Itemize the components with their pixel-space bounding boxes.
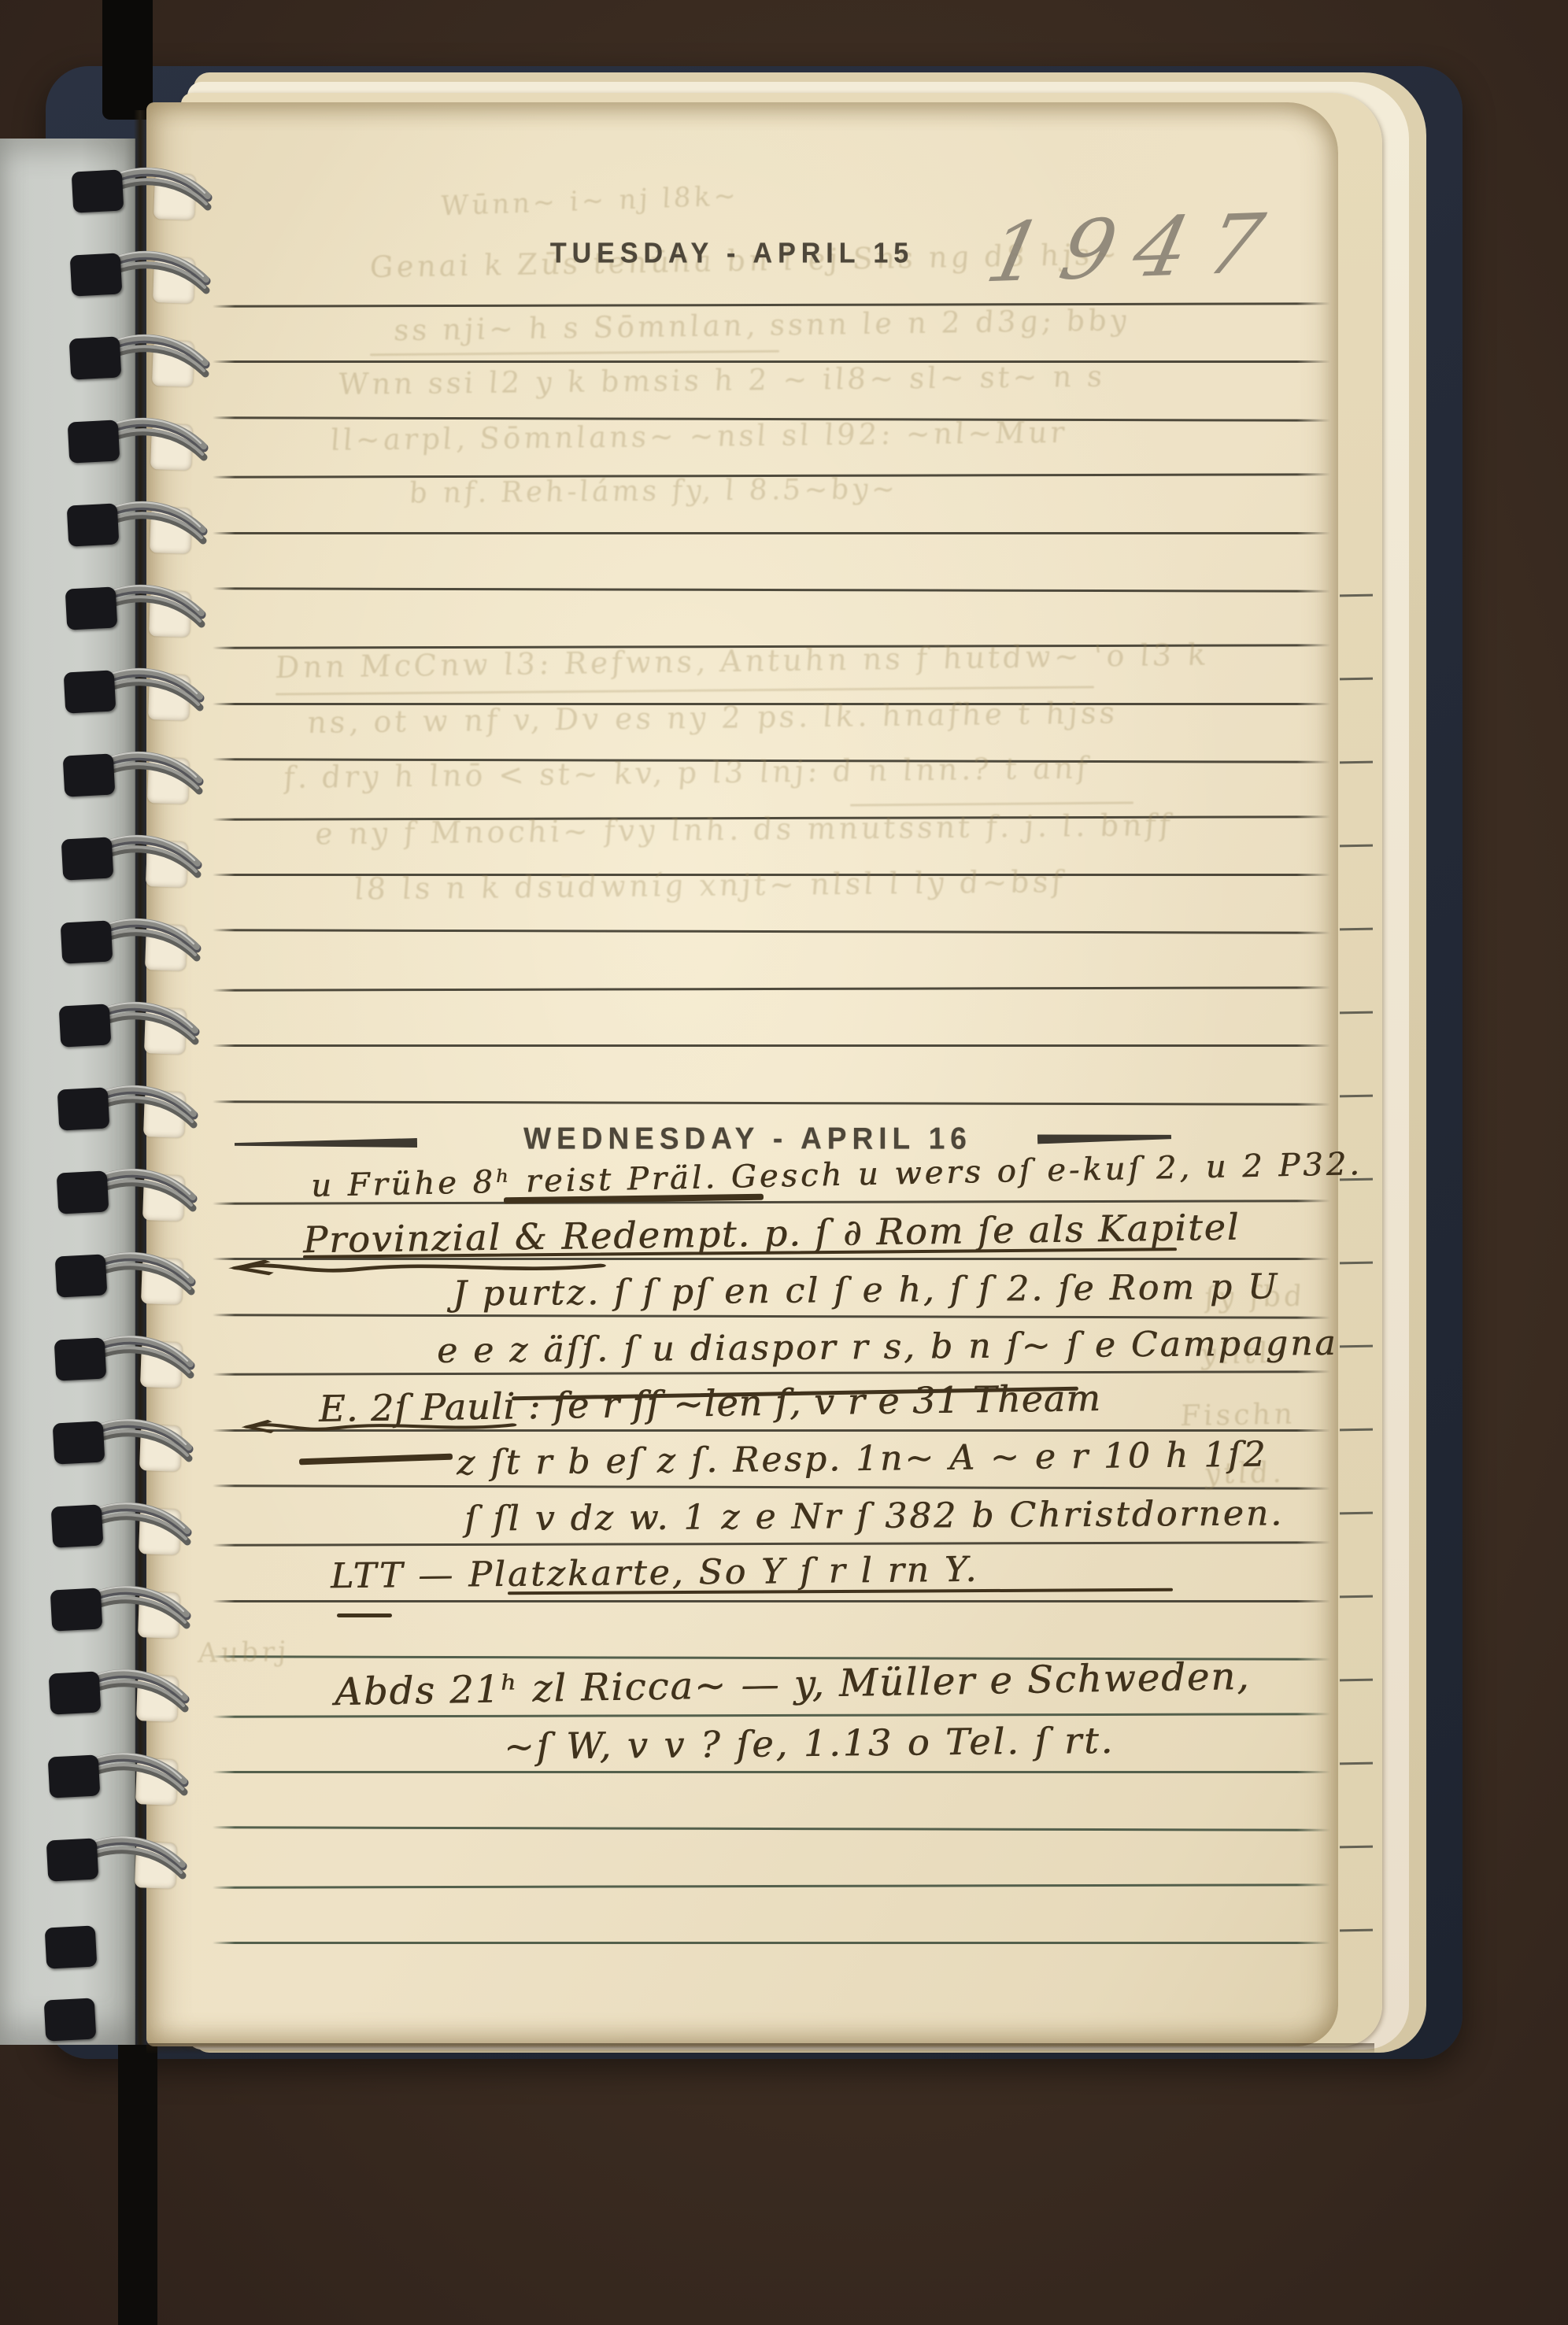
ring-anchor (68, 336, 121, 379)
ring-anchor (64, 670, 116, 713)
tuesday-header: TUESDAY - APRIL 15 (417, 238, 1047, 270)
ink-swoosh-underline (230, 1256, 608, 1280)
ruled-line (213, 532, 1330, 534)
year-annotation: 1947 (978, 195, 1292, 301)
ring-anchor (49, 1671, 102, 1714)
ring-anchor (57, 1087, 110, 1130)
handwriting-entry: ~ſ W, v v ? ſe, 1.13 o Tel. ſ rt. (504, 1719, 1115, 1768)
wednesday-header: WEDNESDAY - APRIL 16 (417, 1122, 1078, 1157)
spine-gap-top (102, 0, 153, 120)
ink-stroke (337, 1613, 392, 1617)
ghost-writing-line: Fischn (1178, 1399, 1297, 1432)
ring-anchor (59, 1004, 112, 1047)
ring-anchor (62, 753, 115, 797)
ink-swoosh-underline (242, 1417, 518, 1437)
ring-anchor (46, 1838, 99, 1881)
ruled-line (213, 1044, 1330, 1047)
page-bottom-shadow (146, 2043, 1374, 2054)
ruled-line (213, 1771, 1330, 1773)
ring-anchor (56, 1170, 109, 1214)
ghost-writing-line: b nf. Reh-láms fy, l 8.5~by~ (408, 473, 900, 509)
ring-anchor (53, 1421, 105, 1464)
ring-anchor (51, 1504, 104, 1547)
ring-anchor (47, 1754, 100, 1798)
ring-anchor (61, 837, 114, 880)
handwriting-entry: e e z äſſ. ſ u diaspor r s, b n ſ~ ſ e C… (437, 1323, 1338, 1371)
spine-gap-bottom (118, 2045, 157, 2325)
ring-anchor (55, 1254, 108, 1297)
ring-anchor (70, 253, 123, 296)
ring-anchor (43, 1998, 96, 2041)
ruled-line (213, 1600, 1330, 1602)
ghost-writing-line: Aubrj (197, 1636, 291, 1669)
ring-anchor (72, 169, 124, 213)
handwriting-entry: z ſt r b eſ z ſ. Resp. 1n~ A ~ e r 10 h … (457, 1435, 1268, 1484)
ring-anchor (50, 1588, 102, 1631)
ring-anchor (66, 503, 119, 546)
ring-anchor (54, 1337, 106, 1381)
photo-background: Wūnn~ i~ nj l8k~Genai k Zūs tehūha bn l … (0, 0, 1568, 2325)
ring-anchor (65, 586, 118, 630)
ring-anchor (45, 1925, 98, 1968)
handwriting-entry: ſ ſl v dz w. 1 z e Nr ſ 382 b Christdorn… (464, 1493, 1284, 1539)
ruled-line (213, 1942, 1330, 1944)
ring-anchor (68, 420, 120, 463)
ring-anchor (60, 920, 113, 963)
